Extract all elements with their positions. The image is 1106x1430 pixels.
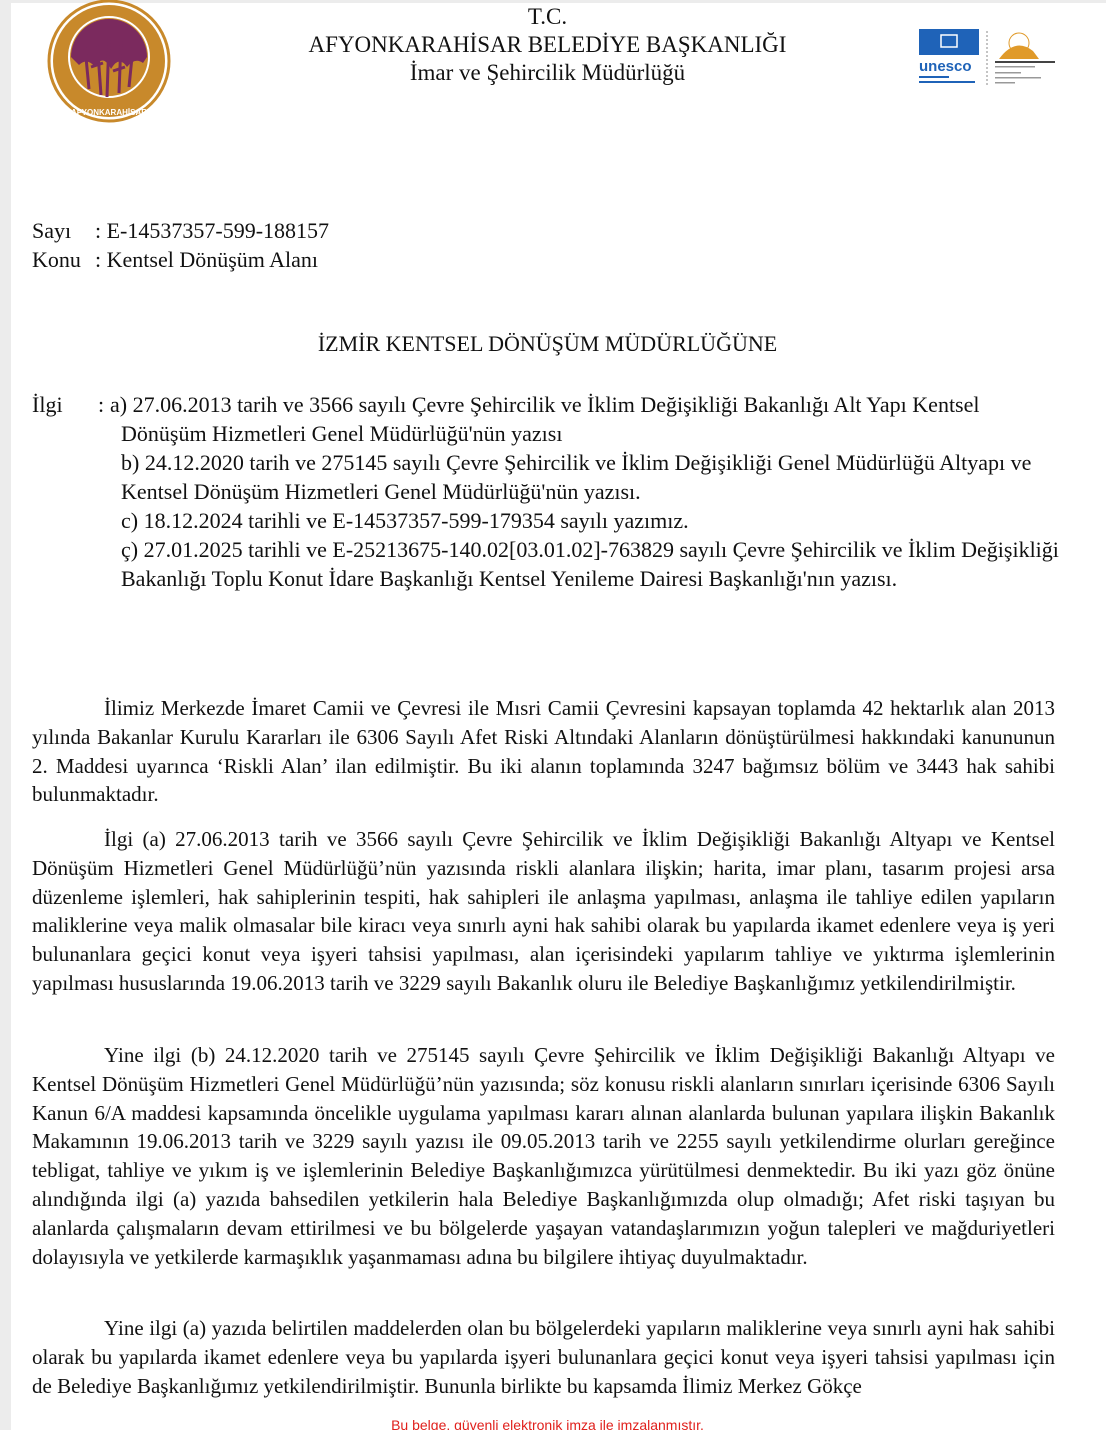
ilgi-item-a: a) 27.06.2013 tarih ve 3566 sayılı Çevre… [110,390,1070,448]
document-page: AFYONKARAHİSAR unesco T.C. AFYONKARAHİSA… [11,3,1106,1430]
sayi-label: Sayı [32,216,95,245]
sayi-row: Sayı: E-14537357-599-188157 [32,216,329,245]
konu-row: Konu: Kentsel Dönüşüm Alanı [32,245,318,274]
paragraph-1-text: İlimiz Merkezde İmaret Camii ve Çevresi … [32,694,1055,809]
ilgi-item-b: b) 24.12.2020 tarih ve 275145 sayılı Çev… [110,448,1070,506]
paragraph-4-text: Yine ilgi (a) yazıda belirtilen maddeler… [32,1314,1055,1400]
ilgi-colon: : [98,390,104,419]
konu-label: Konu [32,245,95,274]
ilgi-label: İlgi [32,390,63,419]
konu-value: : Kentsel Dönüşüm Alanı [95,247,318,272]
addressee: İZMİR KENTSEL DÖNÜŞÜM MÜDÜRLÜĞÜNE [11,331,1084,357]
paragraph-3: Yine ilgi (b) 24.12.2020 tarih ve 275145… [32,1041,1055,1271]
header-tc: T.C. [11,3,1084,31]
paragraph-4: Yine ilgi (a) yazıda belirtilen maddeler… [32,1314,1055,1400]
paragraph-1: İlimiz Merkezde İmaret Camii ve Çevresi … [32,694,1055,809]
ilgi-item-cedilla: ç) 27.01.2025 tarihli ve E-25213675-140.… [110,535,1070,593]
e-signature-notice: Bu belge, güvenli elektronik imza ile im… [11,1417,1084,1430]
paragraph-3-text: Yine ilgi (b) 24.12.2020 tarih ve 275145… [32,1041,1055,1271]
paragraph-2: İlgi (a) 27.06.2013 tarih ve 3566 sayılı… [32,825,1055,998]
header-institution: AFYONKARAHİSAR BELEDİYE BAŞKANLIĞI [11,31,1084,59]
paragraph-2-text: İlgi (a) 27.06.2013 tarih ve 3566 sayılı… [32,825,1055,998]
svg-text:AFYONKARAHİSAR: AFYONKARAHİSAR [71,108,147,117]
sayi-value: : E-14537357-599-188157 [95,218,329,243]
header-department: İmar ve Şehircilik Müdürlüğü [11,59,1084,87]
ilgi-item-c: c) 18.12.2024 tarihli ve E-14537357-599-… [110,506,1070,535]
ilgi-items: a) 27.06.2013 tarih ve 3566 sayılı Çevre… [110,390,1070,593]
